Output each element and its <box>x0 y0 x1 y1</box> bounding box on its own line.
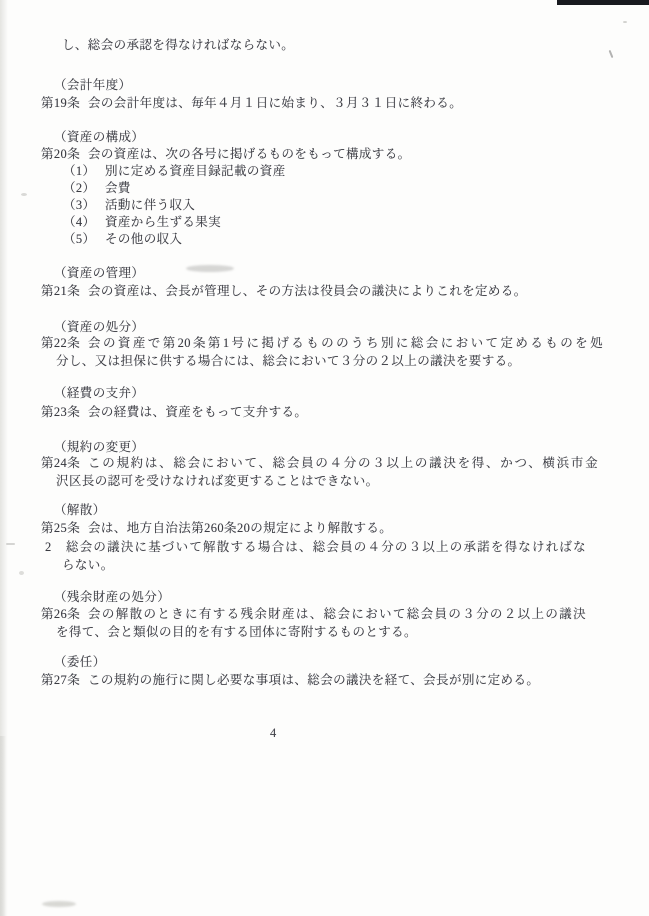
scan-speck <box>19 571 24 575</box>
article-text: 会の会計年度は、毎年４月１日に始まり、３月３１日に終わる。 <box>88 96 462 110</box>
article-number: 第19条 <box>41 94 88 112</box>
paragraph-2-line: 2総会の議決に基づいて解散する場合は、総会員の４分の３以上の承諾を得なければな <box>45 538 586 556</box>
paragraph-text: 総会の議決に基づいて解散する場合は、総会員の４分の３以上の承諾を得なければな <box>66 538 586 556</box>
page-number: 4 <box>270 726 277 741</box>
article-number: 第25条 <box>41 519 88 537</box>
paragraph-continuation-line: らない。 <box>62 556 114 574</box>
article-line: 第21条会の資産は、会長が管理し、その方法は役員会の議決によりこれを定める。 <box>41 282 527 300</box>
article-line: 第26条会の解散のときに有する残余財産は、総会において総会員の３分の２以上の議決 <box>41 605 586 623</box>
article-line: 第20条会の資産は、次の各号に掲げるものをもって構成する。 <box>41 145 411 163</box>
scan-speck <box>6 543 15 545</box>
article-line: 第27条この規約の施行に関し必要な事項は、総会の議決を経て、会長が別に定める。 <box>41 671 539 689</box>
article-number: 第20条 <box>41 145 88 163</box>
paragraph-continuation-line: し、総会の承認を得なければならない。 <box>62 36 294 54</box>
article-text: 会の資産は、会長が管理し、その方法は役員会の議決によりこれを定める。 <box>88 284 527 298</box>
article-number: 第21条 <box>41 282 88 300</box>
scan-speck <box>609 50 614 58</box>
list-item-text: 活動に伴う収入 <box>105 198 195 212</box>
article-line: 第23条会の経費は、資産をもって支弁する。 <box>41 403 307 421</box>
article-continuation-line: 分し、又は担保に供する場合には、総会において３分の２以上の議決を要する。 <box>56 352 520 370</box>
scan-smudge <box>186 265 234 272</box>
list-item-number: （4） <box>63 213 105 231</box>
article-line: 第25条会は、地方自治法第260条20の規定により解散する。 <box>41 519 392 537</box>
section-heading: （会計年度） <box>54 76 131 94</box>
scan-smudge <box>42 901 76 907</box>
list-item: （5）その他の収入 <box>63 230 182 248</box>
article-line: 第19条会の会計年度は、毎年４月１日に始まり、３月３１日に終わる。 <box>41 94 462 112</box>
list-item-text: 別に定める資産目録記載の資産 <box>105 164 286 178</box>
section-heading: （解散） <box>54 501 106 519</box>
list-item-text: その他の収入 <box>105 232 182 246</box>
list-item: （1）別に定める資産目録記載の資産 <box>63 162 286 180</box>
section-heading: （資産の構成） <box>54 128 144 146</box>
list-item: （2）会費 <box>63 179 131 197</box>
list-item-text: 資産から生ずる果実 <box>105 215 221 229</box>
scan-artifact-top-bar <box>557 0 649 5</box>
list-item-number: （5） <box>63 230 105 248</box>
article-text: 会の経費は、資産をもって支弁する。 <box>88 405 307 419</box>
list-item-number: （3） <box>63 196 105 214</box>
section-heading: （委任） <box>54 653 106 671</box>
article-line: 第22条会の資産で第20条第1号に掲げるもののうち別に総会において定めるものを処 <box>41 334 603 352</box>
article-number: 第22条 <box>41 334 88 352</box>
article-text: この規約の施行に関し必要な事項は、総会の議決を経て、会長が別に定める。 <box>88 673 539 687</box>
article-text: 会の資産で第20条第1号に掲げるもののうち別に総会において定めるものを処 <box>88 334 603 352</box>
article-number: 第23条 <box>41 403 88 421</box>
article-number: 第26条 <box>41 605 88 623</box>
list-item-text: 会費 <box>105 181 131 195</box>
article-text: 会の解散のときに有する残余財産は、総会において総会員の３分の２以上の議決 <box>88 605 586 623</box>
scan-speck <box>21 193 27 196</box>
list-item: （3）活動に伴う収入 <box>63 196 195 214</box>
article-text: この規約は、総会において、総会員の４分の３以上の議決を得、かつ、横浜市金 <box>88 454 598 472</box>
article-continuation-line: 沢区長の認可を受けなければ変更することはできない。 <box>56 472 379 490</box>
section-heading: （残余財産の処分） <box>54 588 170 606</box>
scan-speck <box>623 21 627 23</box>
scanned-document-page: し、総会の承認を得なければならない。 （会計年度） 第19条会の会計年度は、毎年… <box>0 0 649 916</box>
list-item: （4）資産から生ずる果実 <box>63 213 221 231</box>
article-number: 第27条 <box>41 671 88 689</box>
list-item-number: （2） <box>63 179 105 197</box>
scan-edge-shadow-bottom <box>0 736 6 916</box>
article-text: 会の資産は、次の各号に掲げるものをもって構成する。 <box>88 147 411 161</box>
paragraph-number: 2 <box>45 538 66 556</box>
article-line: 第24条この規約は、総会において、総会員の４分の３以上の議決を得、かつ、横浜市金 <box>41 454 598 472</box>
section-heading: （経費の支弁） <box>54 384 144 402</box>
article-text: 会は、地方自治法第260条20の規定により解散する。 <box>88 521 392 535</box>
article-number: 第24条 <box>41 454 88 472</box>
section-heading: （資産の管理） <box>54 264 144 282</box>
list-item-number: （1） <box>63 162 105 180</box>
article-continuation-line: を得て、会と類似の目的を有する団体に寄附するものとする。 <box>56 623 417 641</box>
